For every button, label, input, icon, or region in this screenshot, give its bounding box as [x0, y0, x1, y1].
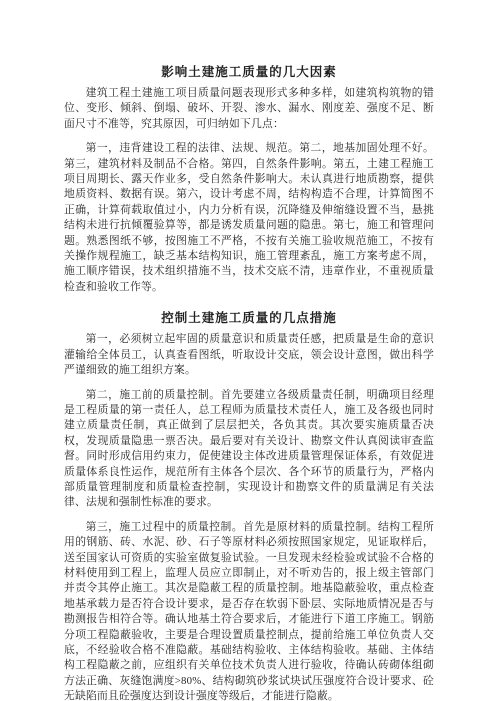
section-2-paragraph-1: 第一，必须树立起牢固的质量意识和质量责任感，把质量是生命的意识灌输给全体员工，认… — [64, 332, 434, 378]
section-2-title: 控制土建施工质量的几点措施 — [64, 308, 434, 326]
section-1-paragraph-2: 第一，违背建设工程的法律、法规、规范。第二，地基加固处理不好。第三，建筑材料及制… — [64, 141, 434, 295]
document-page: 影响土建施工质量的几大因素 建筑工程土建施工项目质量问题表现形式多种多样，如建筑… — [0, 0, 496, 701]
section-1-title: 影响土建施工质量的几大因素 — [64, 62, 434, 80]
section-2-paragraph-3: 第三，施工过程中的质量控制。首先是原材料的质量控制。结构工程所用的钢筋、砖、水泥… — [64, 520, 434, 701]
section-1-paragraph-1: 建筑工程土建施工项目质量问题表现形式多种多样，如建筑构筑物的错位、变形、倾斜、倒… — [64, 86, 434, 132]
section-2-paragraph-2: 第二，施工前的质量控制。首先要建立各级质量责任制，明确项目经理是工程质量的第一责… — [64, 388, 434, 511]
